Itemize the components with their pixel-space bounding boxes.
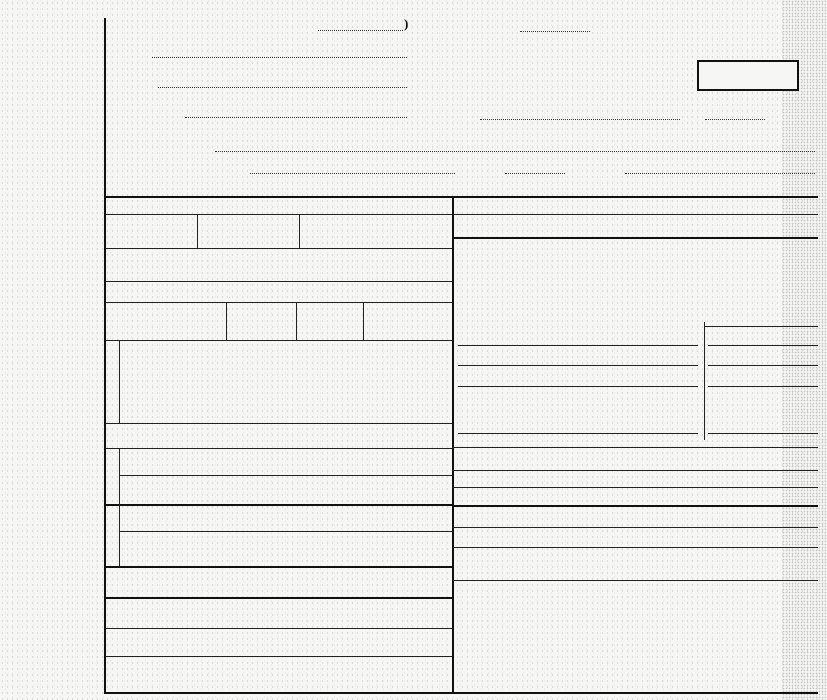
paper-edge-noise: [782, 0, 827, 700]
rule: [704, 326, 818, 327]
paper-texture: [0, 0, 827, 700]
full-name-line: [215, 151, 815, 152]
cause-line: [458, 433, 698, 434]
state-reg-box: [697, 60, 799, 91]
rule: [106, 302, 452, 303]
rule: [119, 340, 120, 423]
rule: [119, 504, 120, 566]
form-left-border: [104, 18, 106, 694]
rule: [452, 214, 818, 215]
rule: [197, 214, 198, 248]
rule: [106, 214, 452, 215]
cause-line: [458, 386, 698, 387]
town-line: [185, 117, 407, 118]
rule: [296, 302, 297, 340]
rule: [106, 340, 452, 341]
margin-instructions: [6, 10, 20, 690]
onset-line: [708, 386, 818, 387]
table-top-rule: [106, 196, 818, 198]
series-line: [520, 31, 590, 32]
center-divider: [452, 196, 454, 693]
street-line: [480, 119, 680, 120]
residence-ward-line: [505, 173, 565, 174]
rule: [106, 248, 452, 249]
rule: [704, 322, 705, 440]
rule: [363, 302, 364, 340]
onset-line: [708, 433, 818, 434]
rule: [452, 487, 818, 488]
nonresident-line: [625, 173, 815, 174]
rule: [106, 423, 452, 424]
dist-no-line: [318, 30, 403, 31]
rule: [452, 547, 818, 548]
rule: [452, 237, 818, 239]
residence-line: [250, 173, 455, 174]
onset-line: [708, 345, 818, 346]
rule: [452, 470, 818, 471]
rule: [452, 505, 818, 507]
district-line: [158, 87, 407, 88]
rule: [226, 302, 227, 340]
binding-margin: [0, 0, 104, 700]
onset-line: [708, 365, 818, 366]
rule: [106, 504, 452, 506]
rule: [120, 475, 452, 476]
rule: [106, 597, 452, 599]
rule: [452, 447, 818, 448]
paren-close: ): [404, 16, 408, 32]
rule: [106, 656, 452, 657]
rule: [106, 281, 452, 282]
death-certificate: ): [0, 0, 827, 700]
rule: [119, 448, 120, 504]
rule: [106, 628, 452, 629]
rule: [106, 448, 452, 449]
cause-line: [458, 345, 698, 346]
ward-line: [705, 119, 765, 120]
rule: [299, 214, 300, 248]
rule: [452, 527, 818, 528]
cause-line: [458, 365, 698, 366]
county-line: [152, 57, 407, 58]
rule: [106, 566, 452, 568]
rule: [452, 580, 818, 581]
rule: [120, 531, 452, 532]
table-bottom-rule: [106, 692, 818, 694]
